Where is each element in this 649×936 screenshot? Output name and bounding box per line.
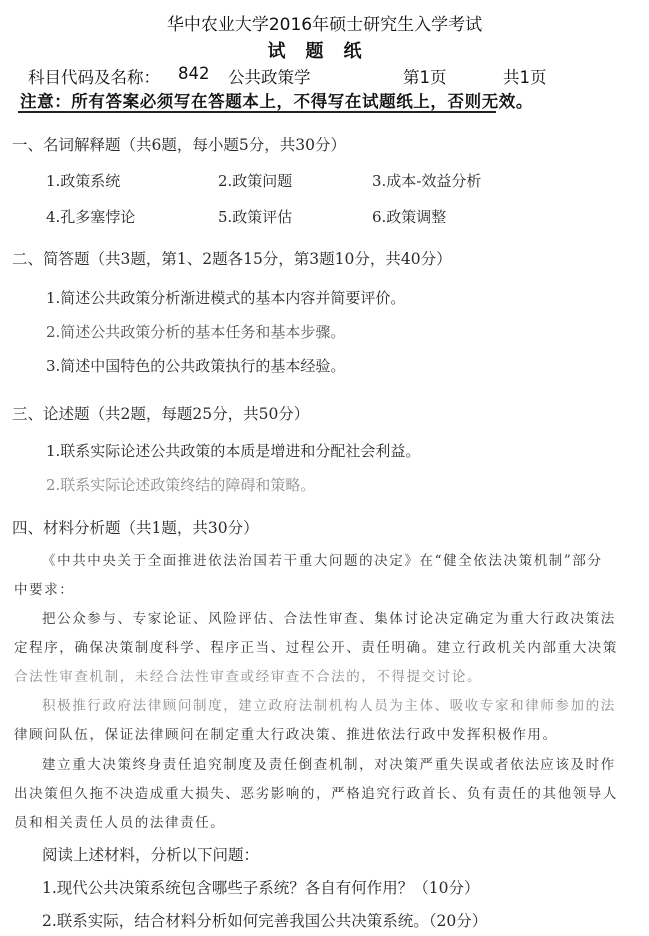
question-item: 2.联系实际论述政策终结的障碍和策略。: [46, 474, 315, 495]
section-3-heading: 三、论述题（共2题，每题25分，共50分）: [12, 402, 309, 424]
section-1-heading: 一、名词解释题（共6题，每小题5分，共30分）: [12, 133, 346, 155]
question-item: 2.简述公共政策分析的基本任务和基本步骤。: [46, 321, 345, 342]
term-item: 1.政策系统: [46, 170, 120, 191]
material-line: 定程序，确保决策制度科学、程序正当、过程公开、责任明确。建立行政机关内部重大决策: [14, 636, 618, 656]
exam-paper: 华中农业大学2016年硕士研究生入学考试 试题纸 科目代码及名称： 842 公共…: [0, 0, 649, 936]
section-2-heading: 二、简答题（共3题，第1、2题各15分，第3题10分，共40分）: [12, 247, 452, 269]
subject-name: 公共政策学: [228, 64, 311, 88]
page-total: 共1页: [503, 64, 547, 88]
material-line: 员和相关责任人员的法律责任。: [14, 811, 225, 831]
section-4-heading: 四、材料分析题（共1题，共30分）: [12, 516, 259, 538]
page-current: 第1页: [403, 64, 447, 88]
term-item: 3.成本-效益分析: [372, 170, 481, 191]
term-item: 4.孔多塞悖论: [46, 206, 135, 227]
question-item: 3.简述中国特色的公共政策执行的基本经验。: [46, 355, 345, 376]
question-item: 1.简述公共政策分析渐进模式的基本内容并简要评价。: [46, 287, 405, 308]
material-line: 把公众参与、专家论证、风险评估、合法性审查、集体讨论决定确定为重大行政决策法: [42, 607, 616, 627]
material-line: 中要求：: [14, 578, 74, 598]
analysis-question: 1.现代公共决策系统包含哪些子系统？各自有何作用？（10分）: [42, 876, 480, 898]
analysis-prompt: 阅读上述材料，分析以下问题：: [42, 843, 259, 865]
analysis-question: 2.联系实际，结合材料分析如何完善我国公共决策系统。（20分）: [42, 909, 487, 931]
exam-notice: 注意：所有答案必须写在答题本上，不得写在试题纸上，否则无效。: [20, 88, 533, 112]
notice-underline: [18, 111, 496, 113]
term-item: 5.政策评估: [218, 206, 292, 227]
term-item: 6.政策调整: [372, 206, 446, 227]
question-item: 1.联系实际论述公共政策的本质是增进和分配社会利益。: [46, 440, 420, 461]
material-line: 出决策但久拖不决造成重大损失、恶劣影响的，严格追究行政首长、负有责任的其他领导人: [14, 782, 618, 802]
exam-subtitle: 试题纸: [0, 37, 649, 63]
subject-label: 科目代码及名称：: [28, 64, 160, 88]
term-item: 2.政策问题: [218, 170, 292, 191]
material-line: 积极推行政府法律顾问制度，建立政府法制机构人员为主体、吸收专家和律师参加的法: [42, 694, 616, 714]
material-line: 律顾问队伍，保证法律顾问在制定重大行政决策、推进依法行政中发挥积极作用。: [14, 723, 558, 743]
material-line: 《中共中央关于全面推进依法治国若干重大问题的决定》在“健全依法决策机制”部分: [42, 549, 603, 569]
subject-code: 842: [178, 64, 210, 83]
exam-title: 华中农业大学2016年硕士研究生入学考试: [0, 10, 649, 35]
material-line: 建立重大决策终身责任追究制度及责任倒查机制，对决策严重失误或者依法应该及时作: [42, 753, 616, 773]
material-line: 合法性审查机制，未经合法性审查或经审查不合法的，不得提交讨论。: [14, 665, 482, 685]
